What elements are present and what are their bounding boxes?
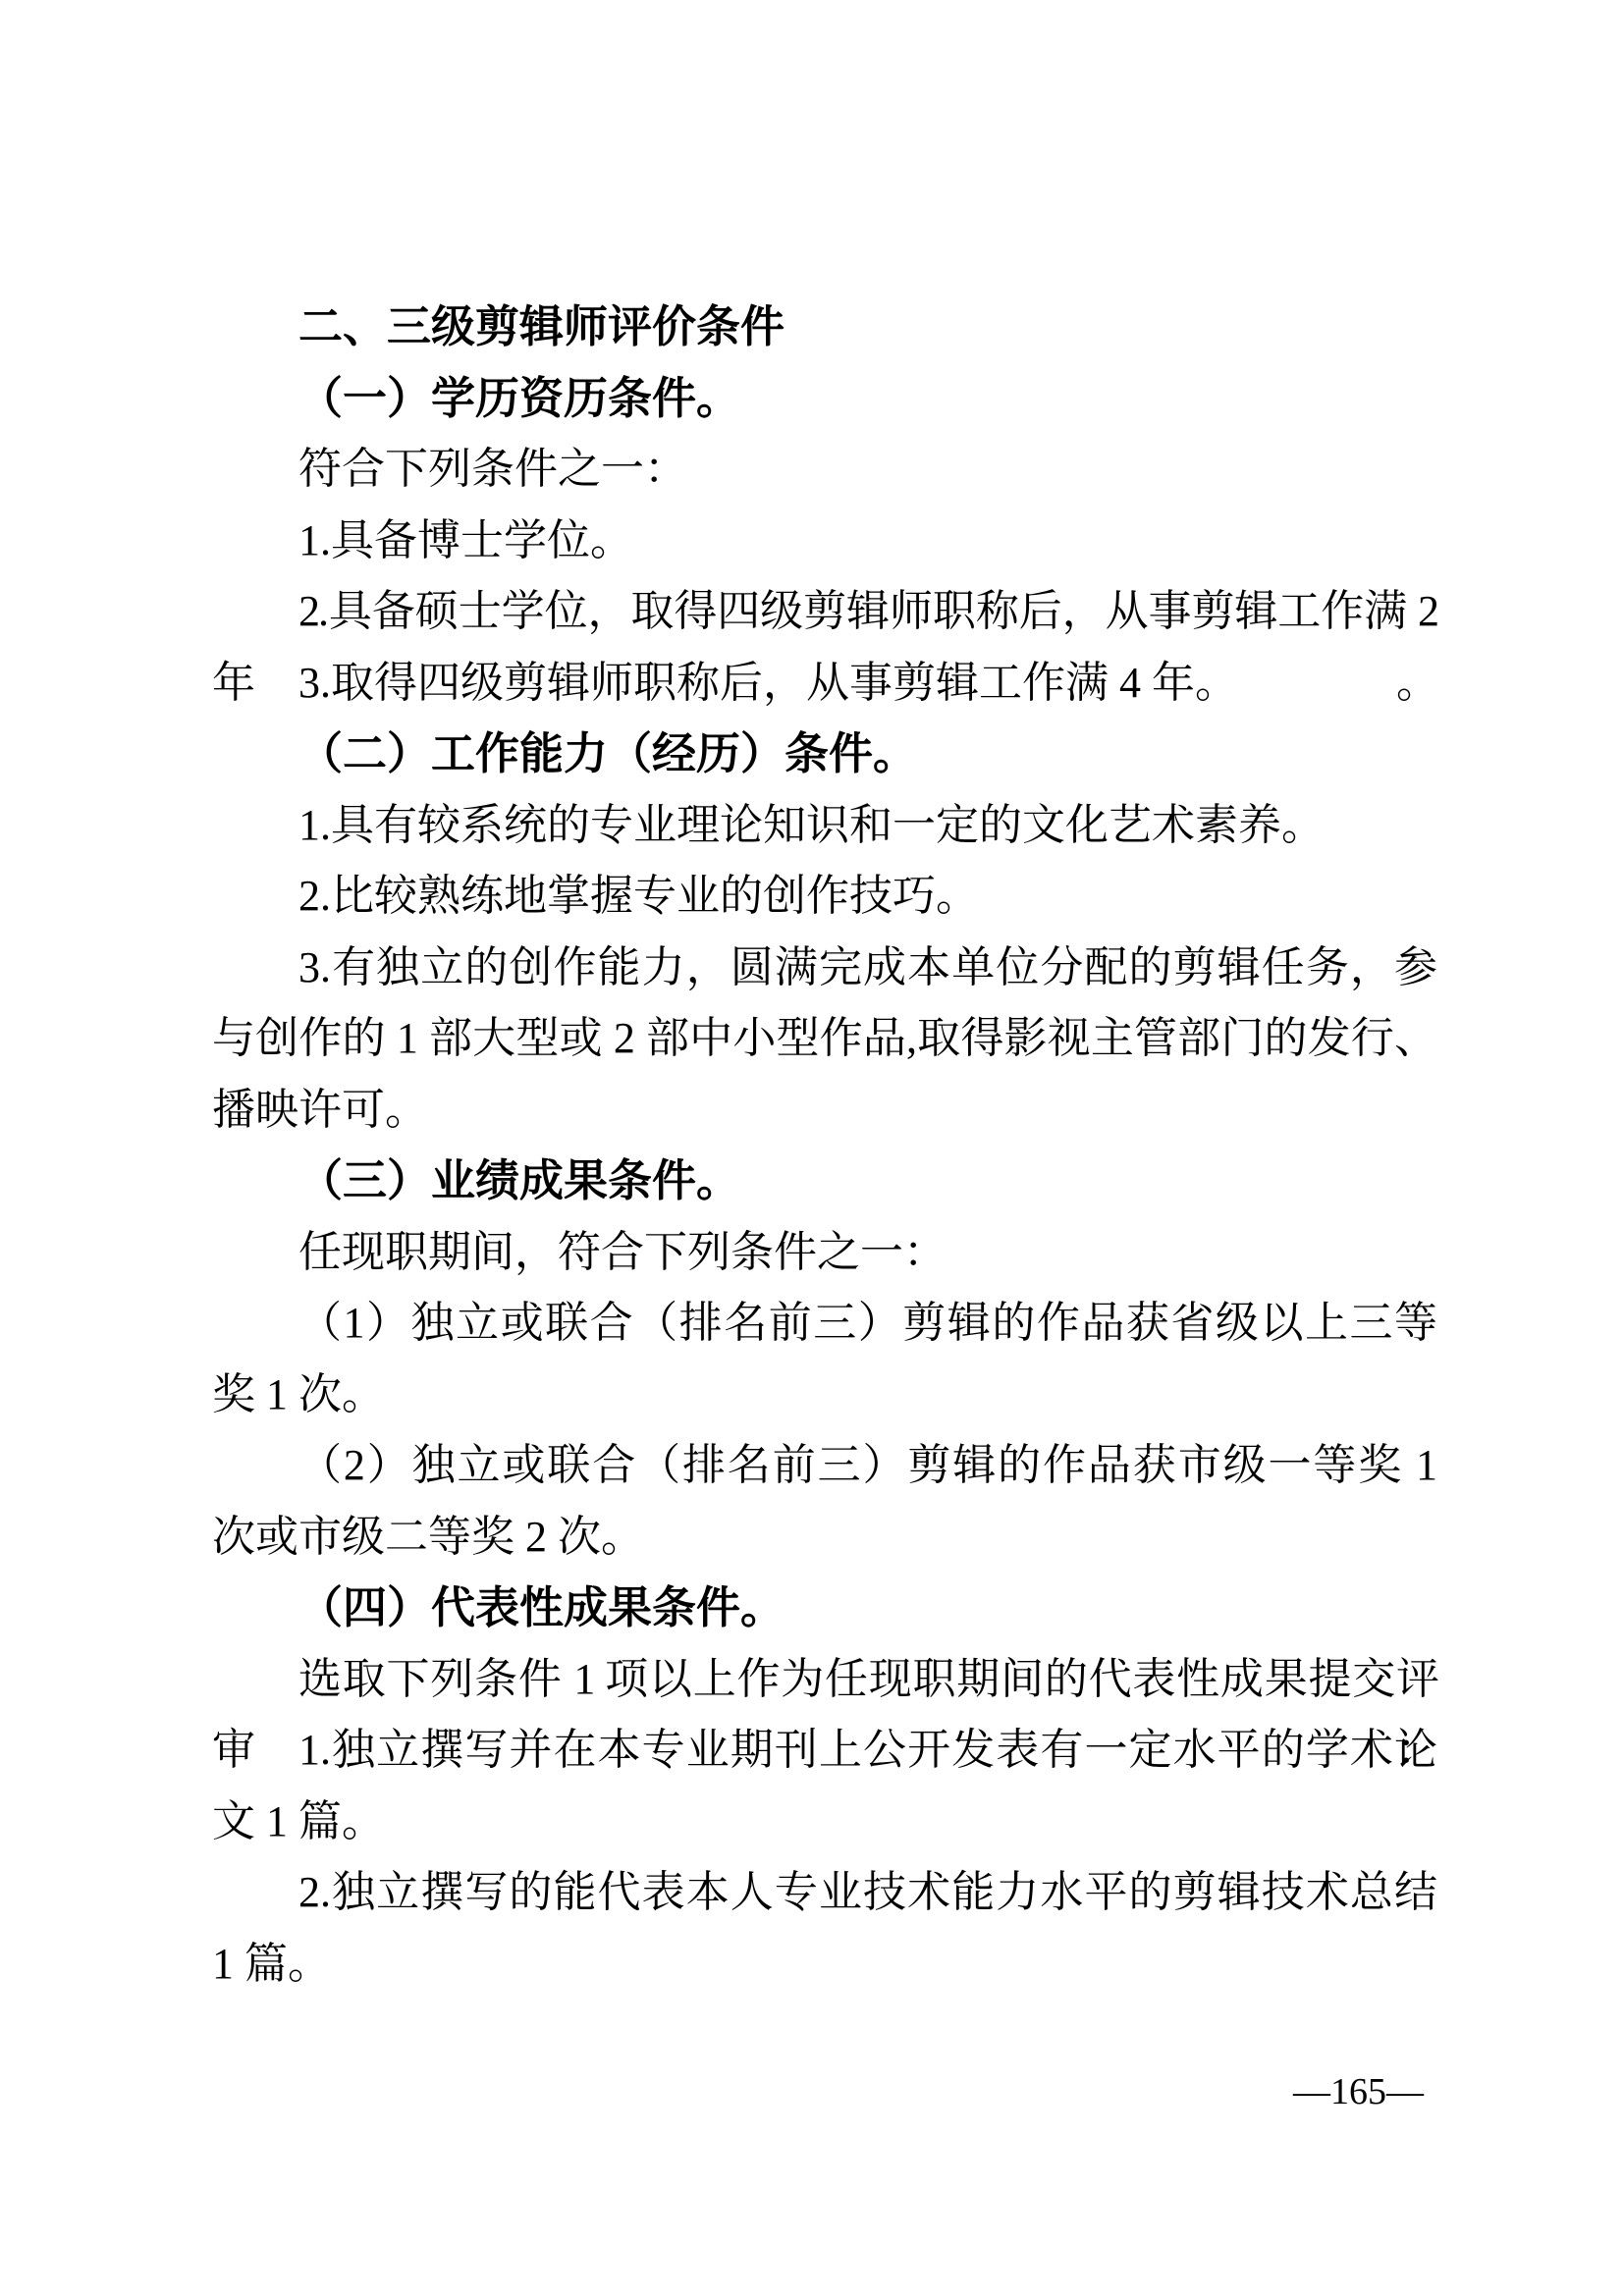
- text-line: （2）独立或联合（排名前三）剪辑的作品获市级一等奖 1: [212, 1430, 1437, 1502]
- text-line: 1 篇。: [212, 1929, 1437, 2001]
- text-line: 奖 1 次。: [212, 1360, 1437, 1431]
- text-line: 播映许可。: [212, 1075, 1437, 1147]
- subsection-heading-4: （四）代表性成果条件。: [212, 1573, 1437, 1644]
- subsection-heading-3: （三）业绩成果条件。: [212, 1146, 1437, 1217]
- text-line: 2.独立撰写的能代表本人专业技术能力水平的剪辑技术总结: [212, 1857, 1437, 1929]
- subsection-heading-1: （一）学历资历条件。: [212, 363, 1437, 435]
- text-line: 选取下列条件 1 项以上作为任现职期间的代表性成果提交评审：: [212, 1644, 1437, 1716]
- text-line: 1.具有较系统的专业理论知识和一定的文化艺术素养。: [212, 790, 1437, 862]
- text-line: 与创作的 1 部大型或 2 部中小型作品,取得影视主管部门的发行、: [212, 1003, 1437, 1075]
- text-line: 文 1 篇。: [212, 1787, 1437, 1858]
- document-page: 二、三级剪辑师评价条件 （一）学历资历条件。 符合下列条件之一： 1.具备博士学…: [0, 0, 1623, 2296]
- subsection-heading-2: （二）工作能力（经历）条件。: [212, 719, 1437, 790]
- text-line: 1.具备博士学位。: [212, 506, 1437, 577]
- text-line: 2.比较熟练地掌握专业的创作技巧。: [212, 861, 1437, 933]
- text-line: （1）独立或联合（排名前三）剪辑的作品获省级以上三等: [212, 1288, 1437, 1360]
- page-number: —165—: [1293, 2059, 1424, 2124]
- text-line: 任现职期间，符合下列条件之一：: [212, 1217, 1437, 1289]
- text-line: 符合下列条件之一：: [212, 434, 1437, 506]
- section-heading: 二、三级剪辑师评价条件: [212, 292, 1437, 363]
- text-line: 次或市级二等奖 2 次。: [212, 1502, 1437, 1574]
- text-line: 2.具备硕士学位，取得四级剪辑师职称后，从事剪辑工作满 2 年。: [212, 576, 1437, 648]
- document-body: 二、三级剪辑师评价条件 （一）学历资历条件。 符合下列条件之一： 1.具备博士学…: [212, 292, 1437, 2000]
- text-line: 3.有独立的创作能力，圆满完成本单位分配的剪辑任务，参: [212, 933, 1437, 1004]
- text-line: 1.独立撰写并在本专业期刊上公开发表有一定水平的学术论: [212, 1715, 1437, 1787]
